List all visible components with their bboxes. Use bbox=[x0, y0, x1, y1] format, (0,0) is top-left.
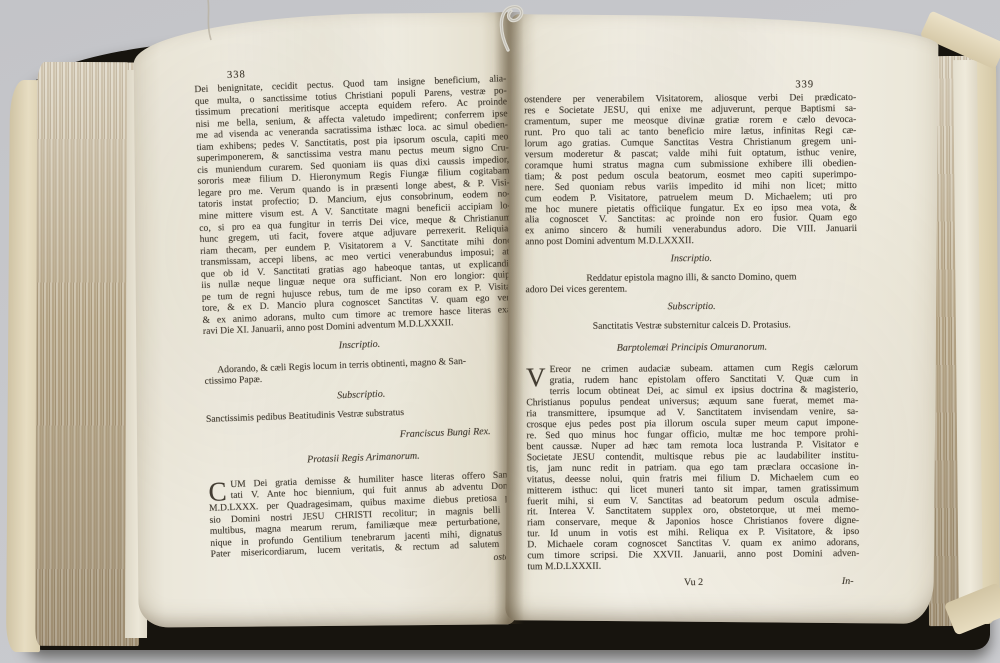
letter-paragraph-left: C UM Dei gratia demisse & humiliter hasc… bbox=[208, 469, 523, 561]
gathering-signature: Vu 2 bbox=[684, 577, 703, 588]
subscriptio-line-left: Sanctissimis pedibus Beatitudinis Vestræ… bbox=[206, 403, 518, 425]
inscriptio-lines-right: Reddatur epistola magno illi, & sancto D… bbox=[525, 272, 857, 296]
subscriptio-heading-right: Subscriptio. bbox=[526, 301, 858, 314]
letter-paragraph-right: V Ereor ne crimen audaciæ subeam. attame… bbox=[526, 363, 859, 573]
catchword-right: In- bbox=[842, 577, 854, 588]
paragraph-lines-left: UM Dei gratia demisse & humiliter hasce … bbox=[208, 469, 523, 561]
right-page: 339 ostendere per venerabilem Visitatore… bbox=[505, 14, 938, 624]
book-photo: 338 Dei benignitate, cecidit pectus. Quo… bbox=[0, 0, 1000, 663]
drop-cap-left: C bbox=[208, 479, 231, 503]
drop-cap-right: V bbox=[526, 365, 550, 388]
section-heading-left: Protasii Regis Arimanorum. bbox=[207, 447, 519, 469]
text-line: anno post Domini adventum M.D.LXXXII. bbox=[525, 235, 857, 248]
text-line: adoro Dei vices gerentem. bbox=[525, 283, 857, 296]
subscriptio-line-right: Sanctitatis Vestræ substernitur calceis … bbox=[526, 320, 858, 333]
text-line: tum M.D.LXXXII. bbox=[527, 560, 859, 573]
inscriptio-heading-right: Inscriptio. bbox=[525, 253, 857, 266]
paragraph-lines-right: Ereor ne crimen audaciæ subeam. attamen … bbox=[526, 363, 859, 573]
left-page-text: 338 Dei benignitate, cecidit pectus. Quo… bbox=[194, 60, 523, 573]
left-page: 338 Dei benignitate, cecidit pectus. Quo… bbox=[133, 12, 516, 627]
subscriptio-heading-left: Subscriptio. bbox=[205, 384, 517, 406]
body-text-right: ostendere per venerabilem Visitatorem, a… bbox=[524, 93, 857, 249]
signature-left: Franciscus Bungi Rex. bbox=[207, 425, 519, 447]
inscriptio-lines-left: Adorando, & cæli Regis locum in terris o… bbox=[204, 354, 517, 388]
bookmark-cord-icon bbox=[478, 0, 538, 52]
body-text-left: Dei benignitate, cecidit pectus. Quod ta… bbox=[194, 73, 515, 338]
signature-mark-row: Vu 2 In- bbox=[528, 577, 860, 590]
inscriptio-heading-left: Inscriptio. bbox=[203, 334, 515, 356]
right-page-text: 339 ostendere per venerabilem Visitatore… bbox=[524, 80, 860, 590]
thread-icon bbox=[196, 0, 222, 42]
section-heading-right: Barptolemæi Principis Omuranorum. bbox=[526, 342, 858, 355]
